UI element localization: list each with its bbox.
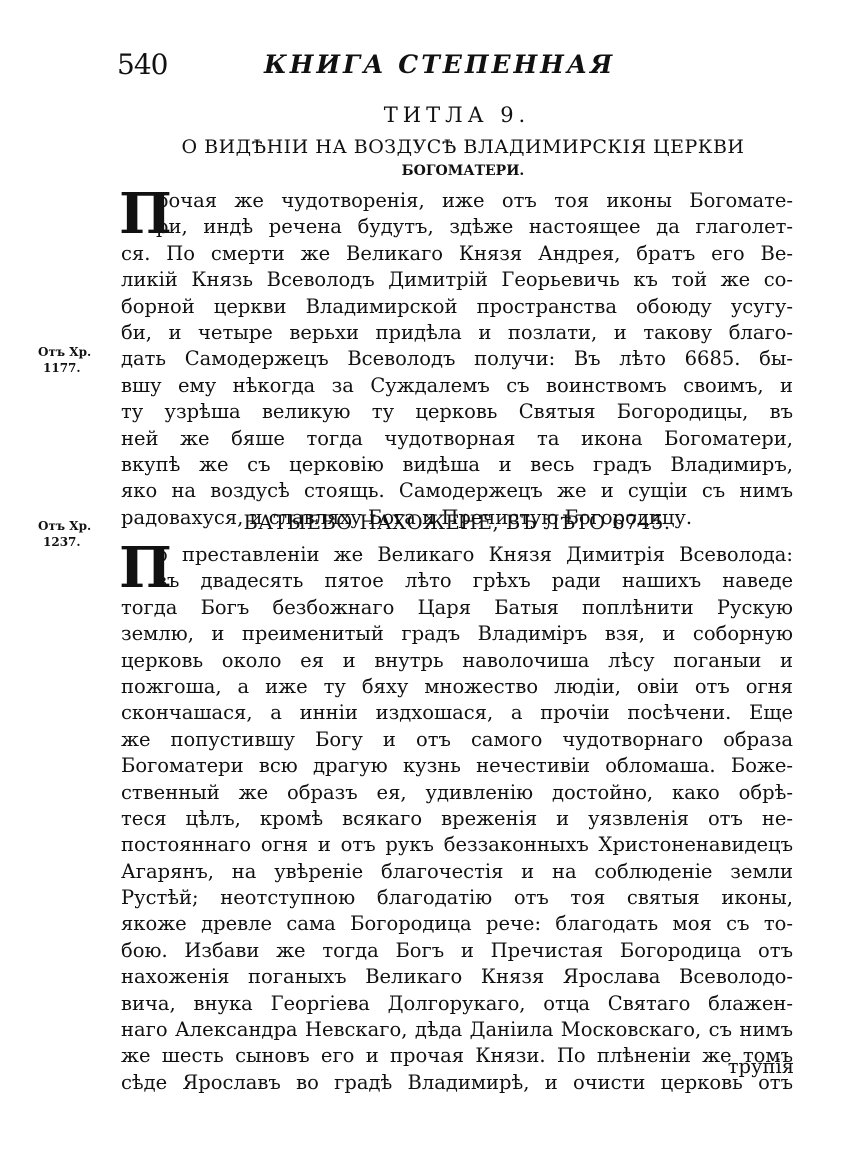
text-line: вшу ему нѣкогда за Суждалемъ съ воинство… xyxy=(121,373,793,399)
text-line: ся. По смерти же Великаго Князя Андрея, … xyxy=(121,241,793,267)
text-line: въ двадесять пятое лѣто грѣхъ ради наших… xyxy=(121,568,793,594)
text-line: церковь около ея и внутрь наволочиша лѣс… xyxy=(121,648,793,674)
section-title-main: О ВИДѢНІИ НА ВОЗДУСѢ ВЛАДИМИРСКІЯ ЦЕРКВИ xyxy=(182,136,745,158)
text-line: тогда Богъ безбожнаго Царя Батыя поплѣни… xyxy=(121,595,793,621)
margin-note-label: Отъ Хр. xyxy=(38,344,91,360)
section-title-sub: БОГОМАТЕРИ. xyxy=(148,159,778,183)
text-line: постояннаго огня и отъ рукъ беззаконныхъ… xyxy=(121,832,793,858)
text-line: Богоматери всю драгую кузнь нечестивіи о… xyxy=(121,753,793,779)
paragraph-2: П о преставленіи же Великаго Князя Димит… xyxy=(121,542,793,1096)
text-line: землю, и преименитый градъ Владиміръ взя… xyxy=(121,621,793,647)
margin-note-label: Отъ Хр. xyxy=(38,518,91,534)
text-line: Агарянъ, на увѣреніе благочестія и на со… xyxy=(121,859,793,885)
text-line: ликій Князь Всеволодъ Димитрій Георьевич… xyxy=(121,267,793,293)
text-line: наго Александра Невскаго, дѣда Даніила М… xyxy=(121,1017,793,1043)
text-line: рочая же чудотворенія, иже отъ тоя иконы… xyxy=(121,188,793,214)
paragraph-1: П рочая же чудотворенія, иже отъ тоя ико… xyxy=(121,188,793,531)
text-line: борной церкви Владимирской пространства … xyxy=(121,294,793,320)
text-line: скончашася, а инніи издхошася, а прочіи … xyxy=(121,700,793,726)
text-line: яко на воздусѣ стоящь. Самодержецъ же и … xyxy=(121,478,793,504)
margin-note-year: 1237. xyxy=(38,534,91,550)
text-line: ственный же образъ ея, удивленію достойн… xyxy=(121,780,793,806)
margin-note-1177: Отъ Хр. 1177. xyxy=(38,344,91,376)
text-line: нахоженія поганыхъ Великаго Князя Яросла… xyxy=(121,964,793,990)
drop-cap: П xyxy=(119,544,172,592)
text-line: вкупѣ же съ церковію видѣша и весь градъ… xyxy=(121,452,793,478)
text-line: же попустившу Богу и отъ самого чудотвор… xyxy=(121,727,793,753)
text-line: вича, внука Георгіева Долгорукаго, отца … xyxy=(121,991,793,1017)
text-line: дать Самодержецъ Всеволодъ получи: Въ лѣ… xyxy=(121,346,793,372)
text-line: ней же бяше тогда чудотворная та икона Б… xyxy=(121,426,793,452)
subheading: БАТЫЕВО НАХОЖЕНЕ, ВЪ ЛѢТО 6745. xyxy=(121,511,793,534)
text-line: пожгоша, а иже ту бяху множество людіи, … xyxy=(121,674,793,700)
text-line: бою. Избави же тогда Богъ и Пречистая Бо… xyxy=(121,938,793,964)
page-number: 540 xyxy=(117,48,167,81)
drop-cap: П xyxy=(119,190,172,238)
text-line: сѣде Ярославъ во градѣ Владимирѣ, и очис… xyxy=(121,1070,793,1096)
text-line: ту узрѣша великую ту церковь Святыя Бого… xyxy=(121,399,793,425)
text-line: теся цѣлъ, кромѣ всякаго вреженія и уязв… xyxy=(121,806,793,832)
text-line: о преставленіи же Великаго Князя Димитрі… xyxy=(121,542,793,568)
text-line: Рустѣй; неотступною благодатію отъ тоя с… xyxy=(121,885,793,911)
running-title: КНИГА СТЕПЕННАЯ xyxy=(264,50,615,79)
margin-note-year: 1177. xyxy=(38,360,91,376)
text-line: ри, индѣ речена будутъ, здѣже настоящее … xyxy=(121,214,793,240)
catchword: трупія xyxy=(728,1055,794,1078)
chapter-title: ТИТЛА 9. xyxy=(0,103,854,127)
margin-note-1237: Отъ Хр. 1237. xyxy=(38,518,91,550)
text-line: якоже древле сама Богородица рече: благо… xyxy=(121,911,793,937)
section-title: О ВИДѢНІИ НА ВОЗДУСѢ ВЛАДИМИРСКІЯ ЦЕРКВИ… xyxy=(148,135,778,183)
text-line: же шесть сыновъ его и прочая Князи. По п… xyxy=(121,1043,793,1069)
text-line: би, и четыре верьхи придѣла и позлати, и… xyxy=(121,320,793,346)
